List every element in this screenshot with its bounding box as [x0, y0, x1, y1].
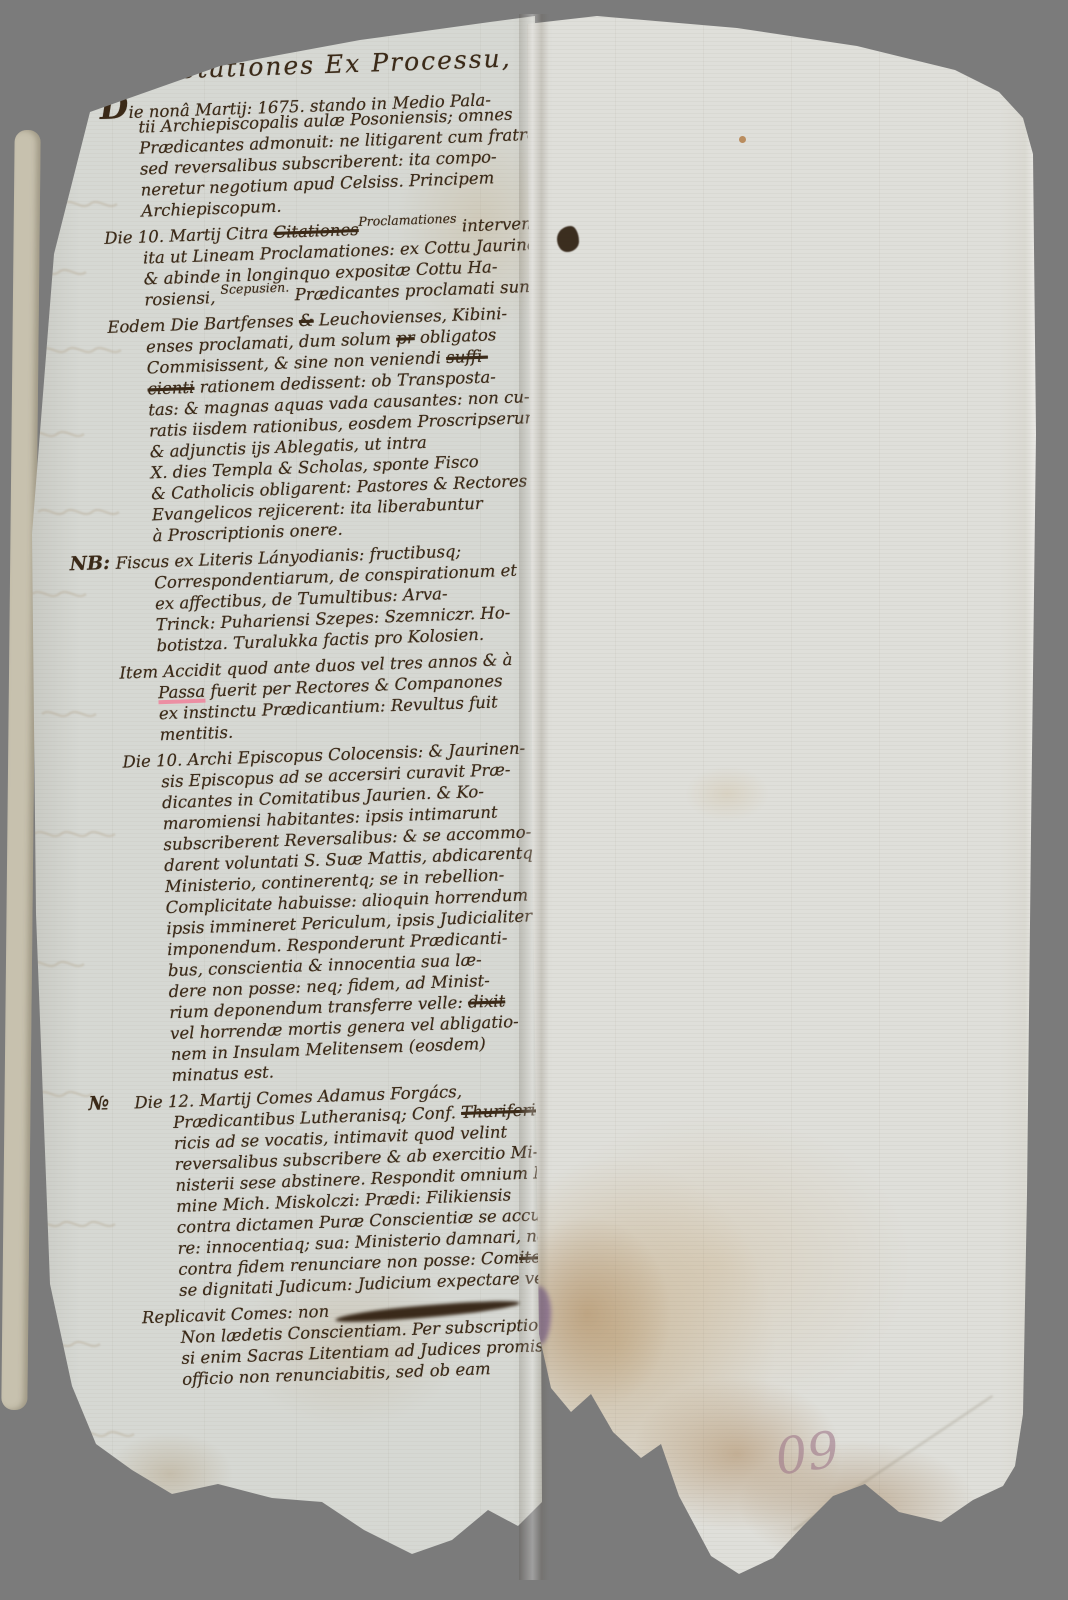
text-segment: suffi-: [446, 347, 488, 367]
text-segment: cienti: [147, 378, 194, 399]
manuscript-paragraph: Item Accidit quod ante duos vel tres ann…: [119, 647, 584, 747]
pencil-page-number: 2): [54, 40, 83, 72]
manuscript-paragraph: NB:Fiscus ex Literis Lányodianis: fructi…: [115, 537, 580, 658]
text-segment: rosiensi,: [144, 288, 221, 310]
text-segment: &: [299, 311, 314, 331]
text-segment: Archiepiscopum.: [141, 197, 282, 221]
margin-annotation: NB:: [69, 552, 110, 575]
pencil-circle-mark: [45, 36, 94, 80]
text-segment: dixit: [468, 991, 506, 1011]
text-segment: minatus est.: [171, 1062, 274, 1085]
ink-blot: [557, 226, 579, 252]
left-page: 2) Notationes Ex Processu, Die nonâ Mart…: [20, 14, 542, 1574]
text-segment: Citationes: [273, 220, 359, 242]
foxing-spot: [739, 136, 746, 143]
text-segment: mentitis.: [159, 723, 233, 745]
manuscript-paragraph: Die nonâ Martij: 1675. stando in Medio P…: [99, 81, 565, 223]
manuscript-photo: 2) Notationes Ex Processu, Die nonâ Mart…: [0, 0, 1068, 1600]
text-segment: à Proscriptionis onere.: [152, 520, 343, 546]
center-fold: [519, 14, 549, 1580]
inverted-folio-number: 60: [771, 1418, 842, 1484]
text-segment: obligatos: [414, 325, 496, 347]
manuscript-paragraph: Eodem Die Bartfenses & Leuchovienses, Ki…: [107, 301, 577, 548]
manuscript-paragraph: Die 10. Martij Citra CitationesProclamat…: [104, 212, 569, 312]
text-segment: pr: [396, 328, 415, 348]
paper-texture: [527, 14, 1039, 1594]
margin-annotation: №: [88, 1092, 109, 1115]
page-title: Notationes Ex Processu,: [156, 42, 561, 85]
text-segment: Scepusien.: [220, 276, 290, 299]
right-page: 60: [527, 14, 1039, 1594]
text-segment: Proclamationes: [358, 208, 457, 232]
